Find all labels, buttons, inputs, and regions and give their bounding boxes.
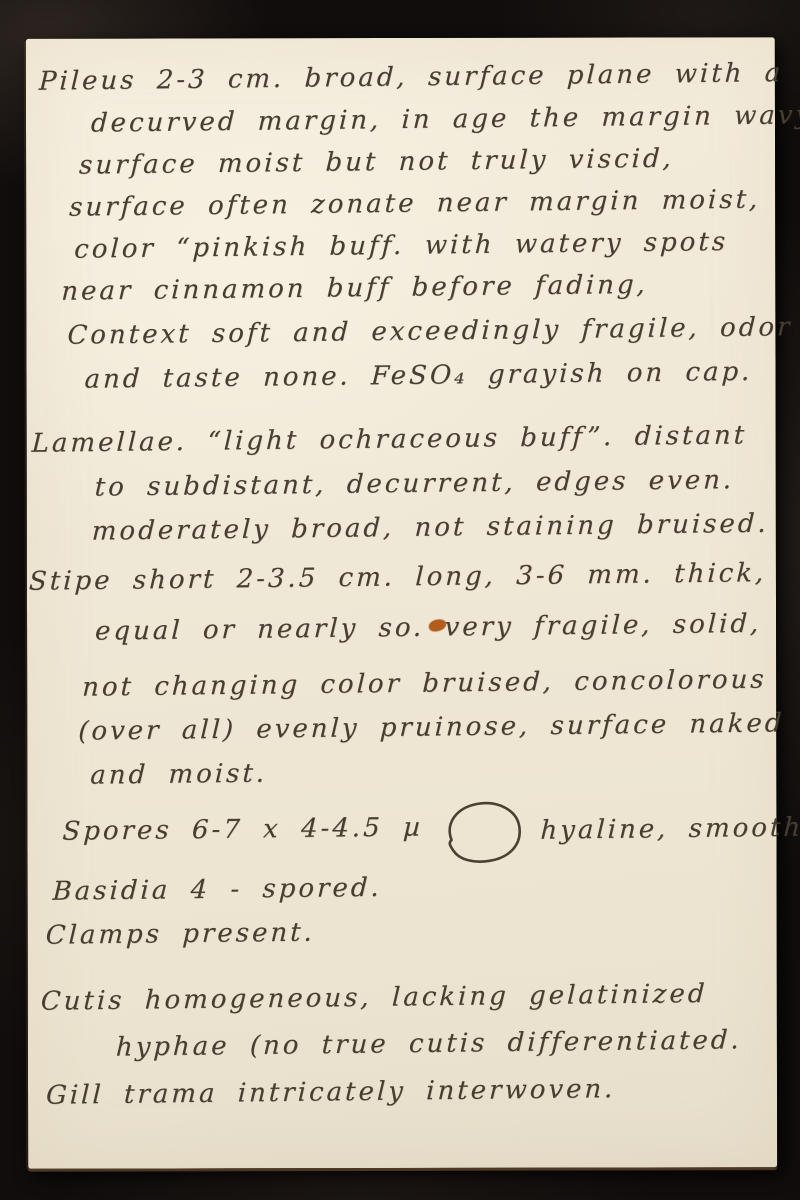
handwriting-line: Basidia 4 - spored.: [52, 873, 382, 907]
handwriting-line: to subdistant, decurrent, edges even.: [94, 465, 735, 502]
handwriting-line: Context soft and exceedingly fragile, od…: [67, 312, 793, 350]
handwriting-line: Gill trama intricately interwoven.: [45, 1074, 616, 1111]
handwriting-line: surface moist but not truly viscid,: [78, 144, 674, 181]
handwriting-line: Stipe short 2-3.5 cm. long, 3-6 mm. thic…: [28, 558, 767, 597]
handwriting-line: not changing color bruised, concolorous: [82, 665, 768, 703]
handwriting-line: Lamellae. “light ochraceous buff”. dista…: [31, 420, 748, 458]
handwriting-line: Spores 6-7 x 4-4.5 µ: [62, 812, 424, 846]
handwriting-line: (over all) evenly pruinose, surface nake…: [78, 708, 785, 746]
handwriting-line: hyphae (no true cutis differentiated.: [115, 1025, 742, 1062]
handwriting-line: near cinnamon buff before fading,: [61, 270, 649, 307]
note-card: Pileus 2-3 cm. broad, surface plane with…: [26, 37, 777, 1169]
handwriting-line: color “pinkish buff. with watery spots: [74, 227, 729, 265]
spore-outline-sketch: [437, 798, 529, 870]
handwriting-line: and taste none. FeSO₄ grayish on cap.: [84, 357, 753, 395]
handwriting-line: and moist.: [90, 759, 268, 791]
handwriting-line: Cutis homogeneous, lacking gelatinized: [40, 979, 708, 1017]
handwriting-line: surface often zonate near margin moist,: [69, 185, 761, 223]
handwriting-line: Clamps present.: [45, 918, 315, 951]
photo-background: Pileus 2-3 cm. broad, surface plane with…: [0, 0, 800, 1200]
handwriting-line: equal or nearly so. very fragile, solid,: [94, 609, 762, 647]
handwriting-line: moderately broad, not staining bruised.: [91, 509, 769, 547]
handwriting-line: Pileus 2-3 cm. broad, surface plane with…: [38, 58, 784, 97]
handwriting-line: hyaline, smooth: [540, 813, 800, 846]
handwriting-line: decurved margin, in age the margin wavy,: [90, 100, 800, 139]
